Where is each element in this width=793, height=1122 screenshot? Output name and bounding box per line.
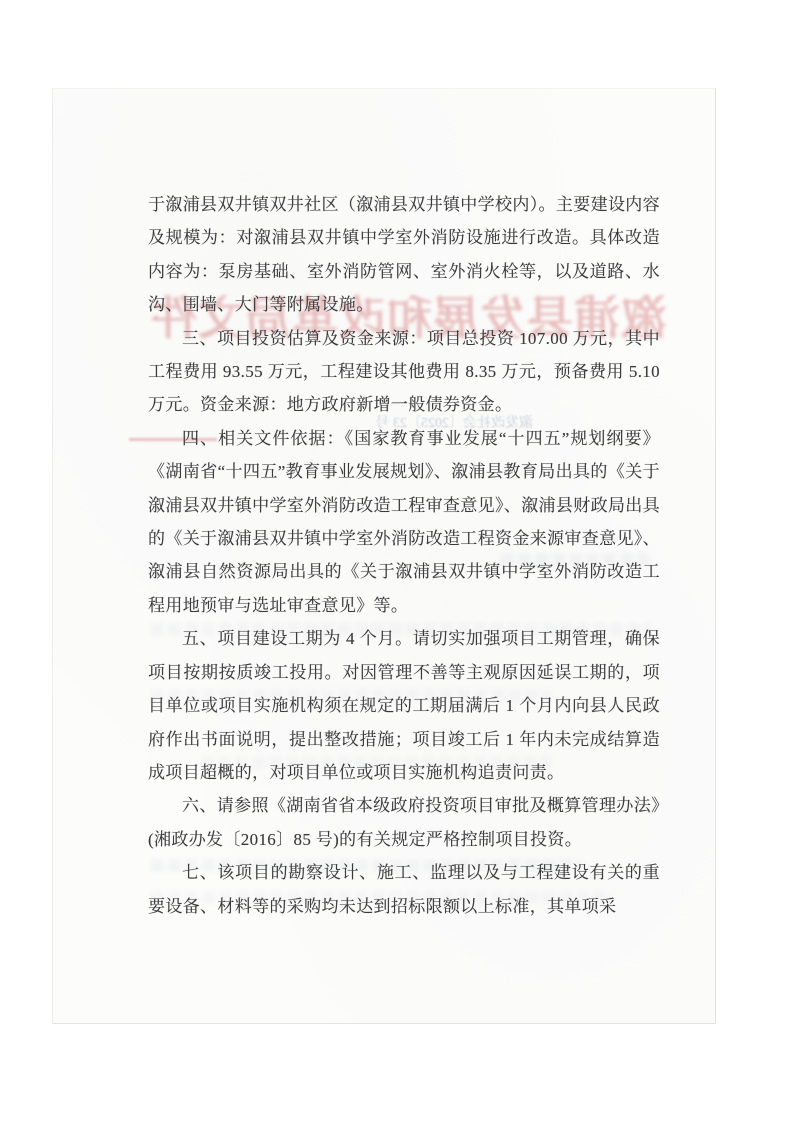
paragraph-section-7-procurement: 七、该项目的勘察设计、施工、监理以及与工程建设有关的重要设备、材料等的采购均未达… [148, 856, 660, 923]
scanned-document-page: 溆浦县发展和改革局文件 溆发改社会〔2025〕23 号 于溆浦县双井镇双井社区（… [52, 88, 716, 1024]
paragraph-section-4-reference-documents: 四、相关文件依据：《国家教育事业发展“十四五”规划纲要》《湖南省“十四五”教育事… [148, 422, 660, 622]
paragraph-section-3-investment: 三、项目投资估算及资金来源：项目总投资 107.00 万元，其中工程费用 93.… [148, 322, 660, 422]
paragraph-section-6-investment-control: 六、请参照《湖南省省本级政府投资项目审批及概算管理办法》(湘政办发〔2016〕8… [148, 789, 660, 856]
paragraph-continuation: 于溆浦县双井镇双井社区（溆浦县双井镇中学校内）。主要建设内容及规模为：对溆浦县双… [148, 188, 660, 322]
document-body: 于溆浦县双井镇双井社区（溆浦县双井镇中学校内）。主要建设内容及规模为：对溆浦县双… [148, 188, 660, 923]
paragraph-section-5-construction-period: 五、项目建设工期为 4 个月。请切实加强项目工期管理，确保项目按期按质竣工投用。… [148, 622, 660, 789]
